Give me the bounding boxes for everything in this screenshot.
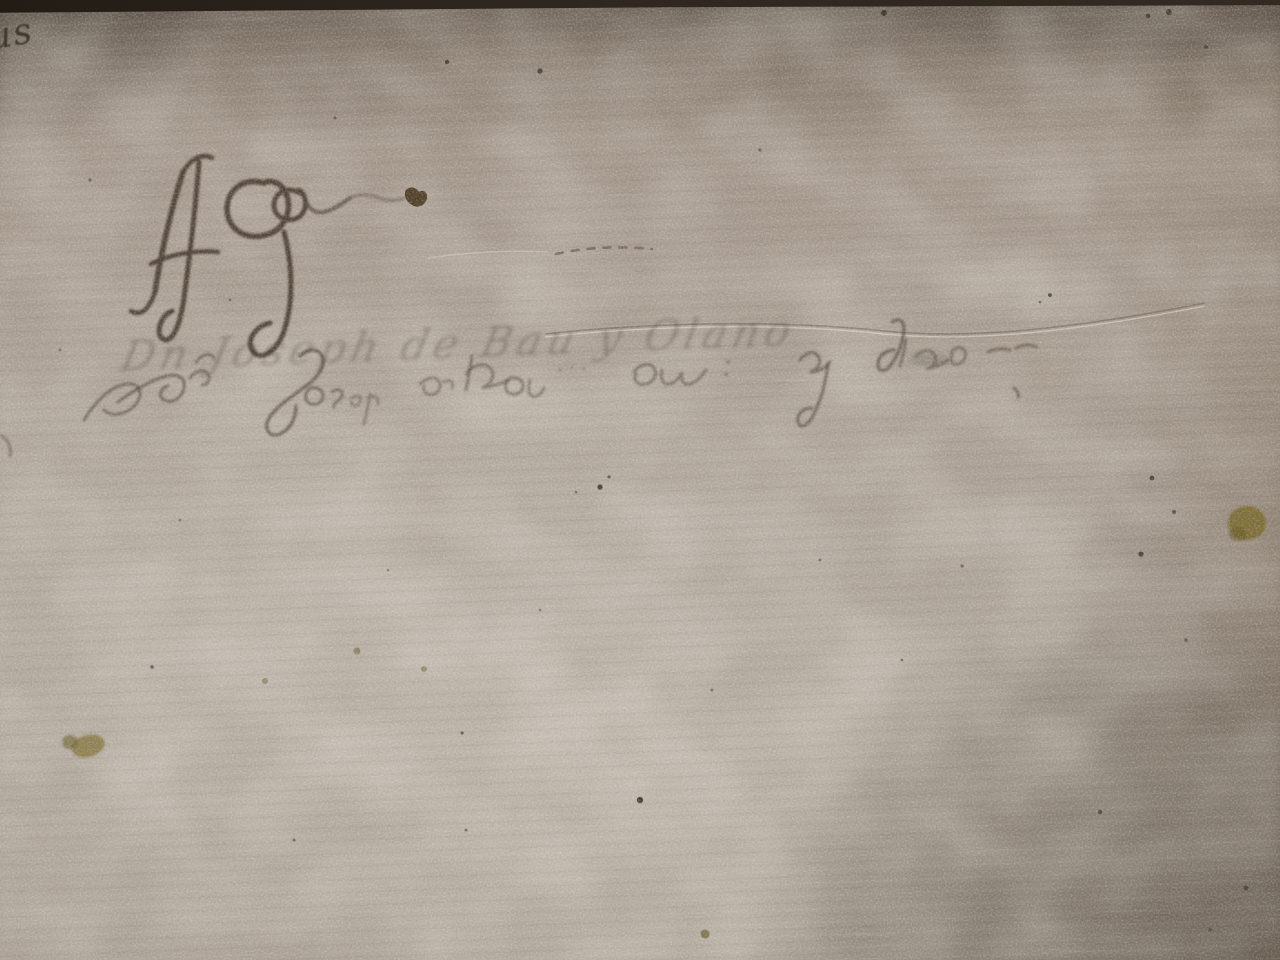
paper-grain-shadows [0,0,1280,960]
photo-aged-paper: us Aga Dn Joseph de Bau y Olano [0,0,1280,960]
paper-texture-and-ink-layer [0,0,1280,960]
